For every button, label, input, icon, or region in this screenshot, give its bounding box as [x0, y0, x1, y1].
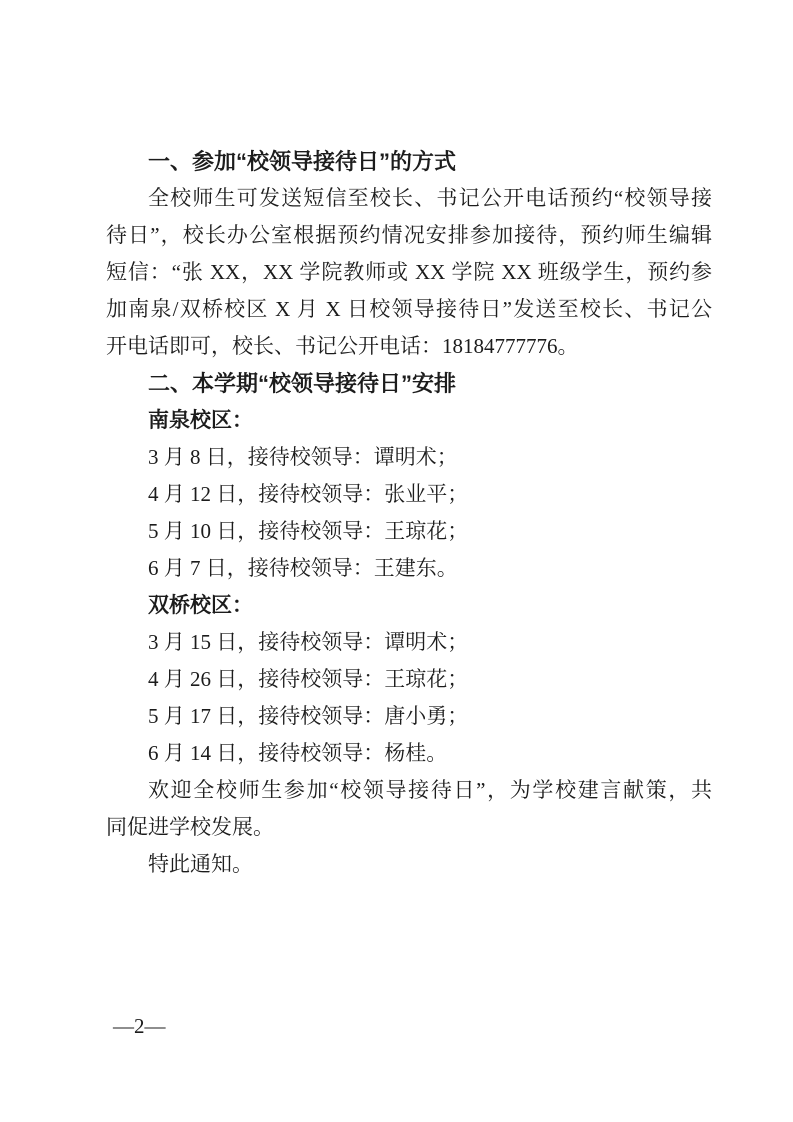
notice-line: 特此通知。: [106, 846, 712, 883]
schedule-item: 5 月 10 日，接待校领导：王琼花；: [106, 513, 712, 550]
paragraph-line: 加南泉/双桥校区 X 月 X 日校领导接待日”发送至校长、书记公: [106, 291, 712, 328]
schedule-item: 6 月 14 日，接待校领导：杨桂。: [106, 735, 712, 772]
paragraph-line: 短信：“张 XX，XX 学院教师或 XX 学院 XX 班级学生，预约参: [106, 254, 712, 291]
paragraph-line: 全校师生可发送短信至校长、书记公开电话预约“校领导接: [106, 180, 712, 217]
schedule-item: 3 月 8 日，接待校领导：谭明术；: [106, 439, 712, 476]
section2-heading: 二、本学期“校领导接待日”安排: [106, 365, 712, 402]
document-page: 一、参加“校领导接待日”的方式 全校师生可发送短信至校长、书记公开电话预约“校领…: [0, 0, 793, 1122]
schedule-item: 6 月 7 日，接待校领导：王建东。: [106, 550, 712, 587]
section1-heading: 一、参加“校领导接待日”的方式: [106, 143, 712, 180]
schedule-item: 4 月 26 日，接待校领导：王琼花；: [106, 661, 712, 698]
schedule-item: 5 月 17 日，接待校领导：唐小勇；: [106, 698, 712, 735]
paragraph-line: 待日”，校长办公室根据预约情况安排参加接待，预约师生编辑: [106, 217, 712, 254]
page-number: —2—: [113, 1008, 166, 1045]
schedule-item: 4 月 12 日，接待校领导：张业平；: [106, 476, 712, 513]
closing-line: 同促进学校发展。: [106, 809, 712, 846]
schedule-item: 3 月 15 日，接待校领导：谭明术；: [106, 624, 712, 661]
document-body: 一、参加“校领导接待日”的方式 全校师生可发送短信至校长、书记公开电话预约“校领…: [106, 143, 712, 883]
closing-line: 欢迎全校师生参加“校领导接待日”，为学校建言献策，共: [106, 772, 712, 809]
paragraph-line: 开电话即可，校长、书记公开电话：18184777776。: [106, 328, 712, 365]
campus2-title: 双桥校区：: [106, 587, 712, 624]
campus1-title: 南泉校区：: [106, 402, 712, 439]
